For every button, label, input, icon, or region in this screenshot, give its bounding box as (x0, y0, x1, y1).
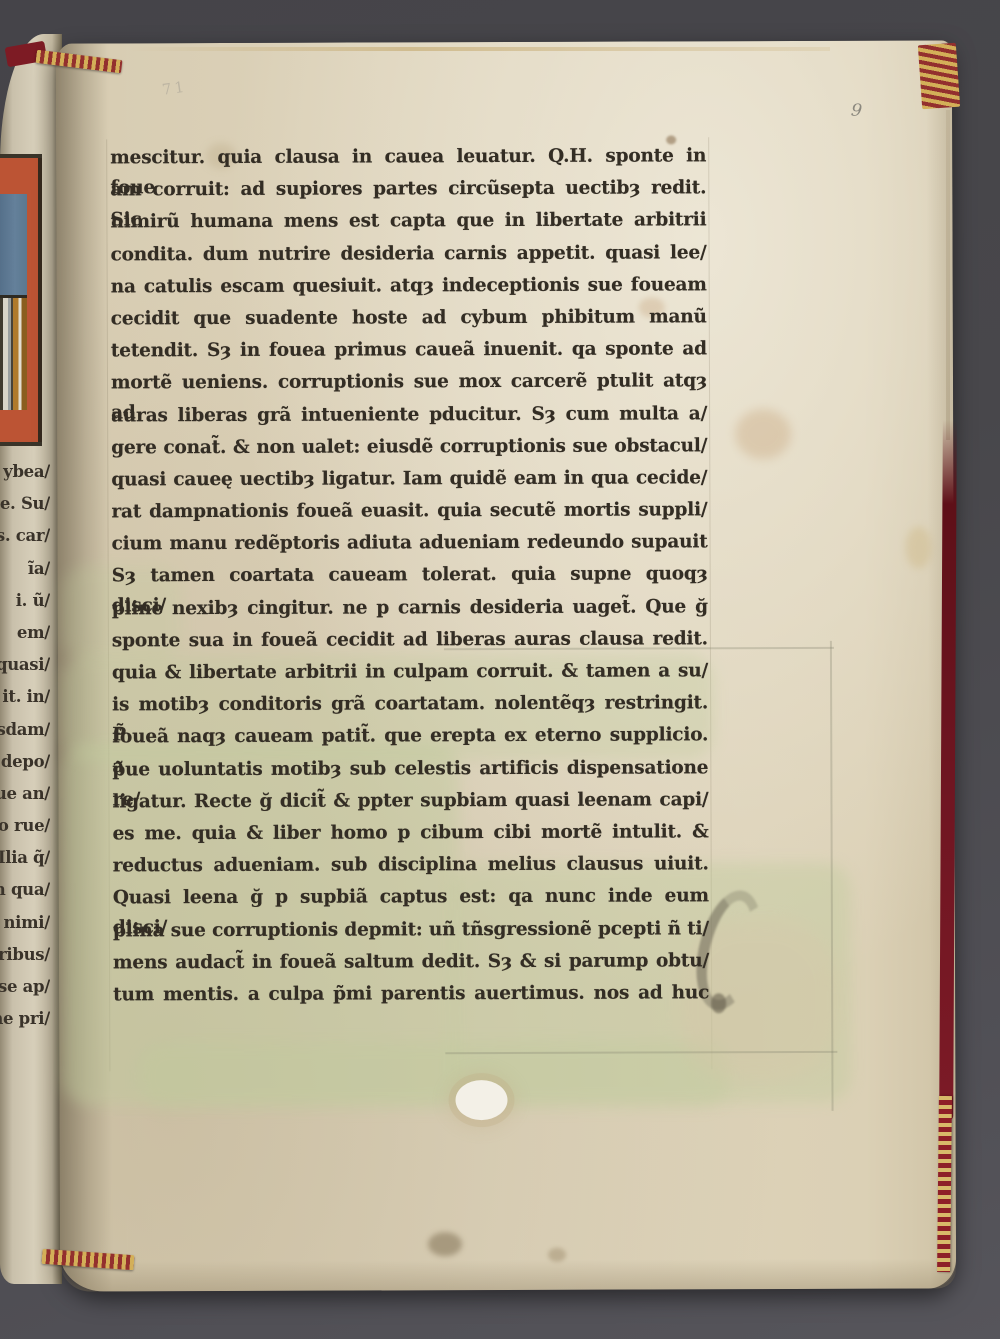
fragment-line: quasi/ (0, 649, 50, 681)
fragment-line: are se ap/ (0, 971, 50, 1003)
manuscript-text-line: mortẽ ueniens. corruptionis sue mox carc… (111, 367, 707, 401)
gilt-edge-top-line (130, 47, 830, 51)
manuscript-text-line: auras liberas grã intueniente pducitur. … (111, 399, 707, 433)
fragment-line: ĩa/ (0, 553, 50, 585)
manuscript-text-line: cium manu redẽptoris adiuta adueniam red… (112, 528, 708, 562)
manuscript-text-line: Sȝ tamen coartata caueam tolerat. quia s… (112, 560, 708, 594)
manuscript-text-line: mescitur. quia clausa in cauea leuatur. … (110, 141, 706, 175)
stain (548, 1248, 566, 1262)
manuscript-text-block: mescitur. quia clausa in cauea leuatur. … (110, 141, 709, 1012)
manuscript-text-line: pline nexibȝ cingitur. ne p carnis desid… (112, 592, 708, 626)
fragment-line: Que an/ (0, 778, 50, 810)
facing-page-edge: ybea/e. Su/es. car/ĩa/i. ũ/em/quasi/it. … (0, 34, 62, 1284)
fragment-line: me pri/ (0, 1003, 50, 1035)
miniature-fragment (0, 154, 42, 446)
manuscript-text-line: quia & libertate arbitrii in culpam corr… (112, 656, 708, 690)
parchment-repair-spot (455, 1080, 507, 1120)
manuscript-text-line: is motibȝ conditoris grã coartatam. nole… (112, 688, 708, 722)
fragment-line: it. in/ (0, 681, 50, 713)
manuscript-photograph: ybea/e. Su/es. car/ĩa/i. ũ/em/quasi/it. … (0, 0, 1000, 1339)
fragment-line: a in qua/ (0, 874, 50, 906)
fragment-line: do rue/ (0, 810, 50, 842)
manuscript-text-line: tum mentis. a culpa p̃mi parentis auerti… (113, 978, 709, 1012)
miniature-sky (0, 194, 27, 298)
stain (428, 1232, 462, 1256)
facing-page-text-fragments: ybea/e. Su/es. car/ĩa/i. ũ/em/quasi/it. … (0, 456, 50, 1035)
manuscript-text-line: na catulis escam quesiuit. atqȝ indecept… (111, 270, 707, 304)
manuscript-text-line: es me. quia & liber homo p cibum cibi mo… (113, 817, 709, 851)
fragment-line: em/ (0, 617, 50, 649)
showthrough-c-dot (711, 993, 726, 1013)
fragment-line: e. Su/ (0, 488, 50, 520)
folio-number: 9 (850, 100, 863, 121)
manuscript-text-line: plina sue corruptionis depmit: uñ tñsgre… (113, 914, 709, 948)
manuscript-text-line: sponte sua in foueã cecidit ad liberas a… (112, 624, 708, 658)
recto-page: 71 9 mescitur. quia clausa in cauea leua… (56, 40, 956, 1291)
manuscript-text-line: reductus adueniam. sub disciplina melius… (113, 849, 709, 883)
fragment-line: sdam/ (0, 714, 50, 746)
miniature-figures (0, 298, 27, 410)
fragment-line: tioribus/ (0, 939, 50, 971)
stain (906, 527, 932, 569)
manuscript-text-line: nimirũ humana mens est capta que in libe… (110, 206, 706, 240)
stain (735, 409, 791, 459)
fragment-line: es. car/ (0, 520, 50, 552)
manuscript-text-line: condita. dum nutrire desideria carnis ap… (111, 238, 707, 272)
fragment-line: i. ũ/ (0, 585, 50, 617)
manuscript-text-line: am corruit: ad supiores partes circũsept… (110, 173, 706, 207)
fragment-line: ybea/ (0, 456, 50, 488)
manuscript-text-line: p̃ue uoluntatis motibȝ sub celestis arti… (112, 753, 708, 787)
manuscript-text-line: cecidit que suadente hoste ad cybum phib… (111, 302, 707, 336)
fragment-line: Ilia q̃/ (0, 842, 50, 874)
fragment-line: ua nimi/ (0, 907, 50, 939)
manuscript-text-line: gere conat̃. & non ualet: eiusdẽ corrupt… (111, 431, 707, 465)
gilt-edge-top-right (918, 43, 960, 109)
gilt-edge-bottom-right (937, 1096, 952, 1272)
page-edge-line-right (946, 110, 950, 440)
page-bottom-shading (60, 1258, 956, 1291)
manuscript-text-line: tetendit. Sȝ in fouea primus caueã inuen… (111, 334, 707, 368)
miniature-inner (0, 194, 27, 410)
manuscript-text-line: mens audact̃ in foueã saltum dedit. Sȝ &… (113, 946, 709, 980)
pencil-inscription: 71 (161, 77, 188, 98)
manuscript-text-line: quasi caueę uectibȝ ligatur. Iam quidẽ e… (111, 463, 707, 497)
manuscript-text-line: rat dampnationis foueã euasit. quia secu… (111, 495, 707, 529)
manuscript-text-line: ligatur. Recte ğ dicit̃ & ppter supbiam … (112, 785, 708, 819)
manuscript-text-line: Quasi leena ğ p supbiã captus est: qa nu… (113, 882, 709, 916)
fragment-line: depo/ (0, 746, 50, 778)
manuscript-text-line: foueã naqȝ caueam patit̃. que erepta ex … (112, 721, 708, 755)
